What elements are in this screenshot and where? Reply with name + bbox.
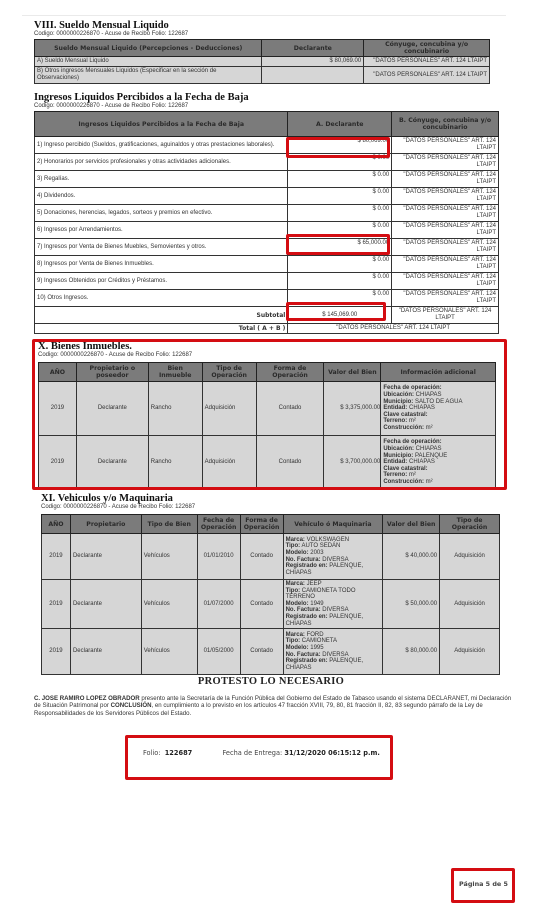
declarante-value: $ 0.00 — [288, 154, 392, 171]
tipo-bien: Vehículos — [141, 534, 197, 580]
tipo-bien: Vehículos — [141, 629, 197, 675]
fecha-operacion: 01/01/2010 — [197, 534, 240, 580]
concepto: 1) Ingreso percibido (Sueldos, gratifica… — [35, 137, 288, 154]
concepto: 6) Ingresos por Arrendamientos. — [35, 222, 288, 239]
declarante-value: $ 0.00 — [288, 205, 392, 222]
table-row: 1) Ingreso percibido (Sueldos, gratifica… — [35, 137, 499, 154]
header-col: AÑO — [39, 363, 77, 382]
folio-value: 122687 — [165, 749, 193, 757]
header-concepto: Sueldo Mensual Liquido (Percepciones - D… — [35, 40, 262, 57]
tipo-operacion: Adquisición — [440, 629, 500, 675]
total-value: "DATOS PERSONALES" ART. 124 LTAIPT — [288, 324, 499, 334]
declarante-name: C. JOSE RAMIRO LOPEZ OBRADOR — [34, 695, 140, 702]
section-title: X. Bienes Inmuebles. — [38, 341, 496, 352]
declarante-value: $ 0.00 — [288, 188, 392, 205]
vehiculo-info: Marca: JEEPTipo: CAMIONETA TODO TERRENOM… — [283, 580, 383, 629]
declaracion-tipo: CONCLUSIÓN — [111, 702, 152, 709]
valor-bien: $ 3,375,000.00 — [324, 382, 381, 436]
codigo-acuse: Codigo: 0000000226870 - Acuse de Recibo … — [38, 352, 496, 359]
anio: 2019 — [42, 629, 71, 675]
header-conyuge: B. Cónyuge, concubina y/o concubinario — [392, 112, 499, 137]
table-row: 7) Ingresos por Venta de Bienes Muebles,… — [35, 239, 499, 256]
propietario: Declarante — [70, 629, 141, 675]
header-col: Vehículo ó Maquinaria — [283, 515, 383, 534]
conyuge-value: "DATOS PERSONALES" ART. 124 LTAIPT — [392, 171, 499, 188]
section-ingresos: Ingresos Liquidos Percibidos a la Fecha … — [34, 92, 499, 334]
header-col: Propietario o poseedor — [76, 363, 148, 382]
header-col: Forma de Operación — [240, 515, 283, 534]
highlight-acuse-folio — [125, 735, 393, 780]
header-col: Fecha de Operación — [197, 515, 240, 534]
header-declarante: Declarante — [262, 40, 364, 57]
header-col: Valor del Bien — [383, 515, 440, 534]
table-row: 8) Ingresos por Venta de Bienes Inmueble… — [35, 256, 499, 273]
table-row: 9) Ingresos Obtenidos por Créditos y Pré… — [35, 273, 499, 290]
fecha-operacion: 01/07/2000 — [197, 580, 240, 629]
info-adicional: Fecha de operación:Ubicación: CHIAPASMun… — [381, 436, 496, 490]
subtotal-row: Subtotal $ 145,069.00 "DATOS PERSONALES"… — [35, 307, 499, 324]
conyuge-value: "DATOS PERSONALES" ART. 124 LTAIPT — [392, 137, 499, 154]
total-label: Total ( A + B ) — [35, 324, 288, 334]
table-row: 10) Otros Ingresos. $ 0.00 "DATOS PERSON… — [35, 290, 499, 307]
propietario: Declarante — [70, 534, 141, 580]
header-declarante: A. Declarante — [288, 112, 392, 137]
declarante-value: $ 0.00 — [288, 290, 392, 307]
declarante-value: $ 0.00 — [288, 273, 392, 290]
header-col: Forma de Operación — [256, 363, 324, 382]
concepto: 8) Ingresos por Venta de Bienes Inmueble… — [35, 256, 288, 273]
tipo-operacion: Adquisición — [202, 436, 256, 490]
conyuge-value: "DATOS PERSONALES" ART. 124 LTAIPT — [392, 222, 499, 239]
tipo-bien: Vehículos — [141, 580, 197, 629]
fecha-entrega-value: 31/12/2020 06:15:12 p.m. — [284, 749, 380, 757]
section-bienes-inmuebles: X. Bienes Inmuebles. Codigo: 00000002268… — [38, 341, 496, 490]
header-col: Valor del Bien — [324, 363, 381, 382]
table-row: B) Otros ingresos Mensuales Liquidos (Es… — [35, 67, 490, 84]
conyuge-value: "DATOS PERSONALES" ART. 124 LTAIPT — [392, 290, 499, 307]
propietario: Declarante — [76, 436, 148, 490]
table-row: 3) Regalías. $ 0.00 "DATOS PERSONALES" A… — [35, 171, 499, 188]
header-col: Propietario — [70, 515, 141, 534]
table-row: 2019 Declarante Rancho Adquisición Conta… — [39, 382, 496, 436]
vehiculos-table: AÑOPropietarioTipo de BienFecha de Opera… — [41, 514, 500, 675]
table-row: 6) Ingresos por Arrendamientos. $ 0.00 "… — [35, 222, 499, 239]
header-col: Bien Inmueble — [148, 363, 202, 382]
ingresos-table: Ingresos Liquidos Percibidos a la Fecha … — [34, 111, 499, 334]
declarante-value: $ 80,069.00 — [262, 57, 364, 67]
conyuge-value: "DATOS PERSONALES" ART. 124 LTAIPT — [364, 67, 490, 84]
anio: 2019 — [39, 436, 77, 490]
declarante-value: $ 65,000.00 — [288, 239, 392, 256]
conyuge-value: "DATOS PERSONALES" ART. 124 LTAIPT — [392, 154, 499, 171]
declaracion-paragraph: C. JOSE RAMIRO LOPEZ OBRADOR presento an… — [34, 695, 512, 717]
table-row: 2019 Declarante Vehículos 01/07/2000 Con… — [42, 580, 500, 629]
section-sueldo: VIII. Sueldo Mensual Liquido Codigo: 000… — [34, 20, 490, 84]
tipo-operacion: Adquisición — [440, 580, 500, 629]
tipo-operacion: Adquisición — [440, 534, 500, 580]
page-number: Página 5 de 5 — [459, 880, 508, 888]
concepto: 9) Ingresos Obtenidos por Créditos y Pré… — [35, 273, 288, 290]
anio: 2019 — [39, 382, 77, 436]
propietario: Declarante — [76, 382, 148, 436]
section-title: VIII. Sueldo Mensual Liquido — [34, 20, 490, 31]
conyuge-value: "DATOS PERSONALES" ART. 124 LTAIPT — [364, 57, 490, 67]
concepto: 4) Dividendos. — [35, 188, 288, 205]
concepto: 2) Honorarios por servicios profesionale… — [35, 154, 288, 171]
declarante-value: $ 0.00 — [288, 256, 392, 273]
conyuge-value: "DATOS PERSONALES" ART. 124 LTAIPT — [392, 273, 499, 290]
subtotal-label: Subtotal — [35, 307, 288, 324]
info-adicional: Fecha de operación:Ubicación: CHIAPASMun… — [381, 382, 496, 436]
subtotal-declarante: $ 145,069.00 — [288, 307, 392, 324]
header-concepto: Ingresos Liquidos Percibidos a la Fecha … — [35, 112, 288, 137]
vehiculo-info: Marca: VOLKSWAGENTipo: AUTO SEDÁNModelo:… — [283, 534, 383, 580]
anio: 2019 — [42, 534, 71, 580]
header-col: Tipo de Bien — [141, 515, 197, 534]
codigo-acuse: Codigo: 0000000226870 - Acuse de Recibo … — [41, 504, 500, 511]
declarante-value: $ 0.00 — [288, 171, 392, 188]
valor-bien: $ 3,700,000.00 — [324, 436, 381, 490]
conyuge-value: "DATOS PERSONALES" ART. 124 LTAIPT — [392, 188, 499, 205]
vehiculo-info: Marca: FORDTipo: CAMIONETAModelo: 1995No… — [283, 629, 383, 675]
section-title: XI. Vehiculos y/o Maquinaria — [41, 493, 500, 504]
table-row: 2019 Declarante Vehículos 01/01/2010 Con… — [42, 534, 500, 580]
conyuge-value: "DATOS PERSONALES" ART. 124 LTAIPT — [392, 239, 499, 256]
valor-bien: $ 50,000.00 — [383, 580, 440, 629]
forma-operacion: Contado — [240, 629, 283, 675]
table-row: 5) Donaciones, herencias, legados, sorte… — [35, 205, 499, 222]
codigo-acuse: Codigo: 0000000226870 - Acuse de Recibo … — [34, 31, 490, 38]
table-row: 4) Dividendos. $ 0.00 "DATOS PERSONALES"… — [35, 188, 499, 205]
declarante-value: $ 80,069.00 — [288, 137, 392, 154]
acuse-folio-fecha: Folio: 122687 Fecha de Entrega: 31/12/20… — [143, 749, 380, 757]
forma-operacion: Contado — [240, 580, 283, 629]
valor-bien: $ 40,000.00 — [383, 534, 440, 580]
bien-inmueble: Rancho — [148, 436, 202, 490]
concepto: 10) Otros Ingresos. — [35, 290, 288, 307]
codigo-acuse: Codigo: 0000000226870 - Acuse de Recibo … — [34, 103, 499, 110]
section-vehiculos: XI. Vehiculos y/o Maquinaria Codigo: 000… — [41, 493, 500, 675]
forma-operacion: Contado — [256, 436, 324, 490]
forma-operacion: Contado — [240, 534, 283, 580]
table-row: A) Sueldo Mensual Liquido $ 80,069.00 "D… — [35, 57, 490, 67]
anio: 2019 — [42, 580, 71, 629]
table-row: 2019 Declarante Rancho Adquisición Conta… — [39, 436, 496, 490]
concepto: 5) Donaciones, herencias, legados, sorte… — [35, 205, 288, 222]
conyuge-value: "DATOS PERSONALES" ART. 124 LTAIPT — [392, 205, 499, 222]
valor-bien: $ 80,000.00 — [383, 629, 440, 675]
tipo-operacion: Adquisición — [202, 382, 256, 436]
table-row: 2019 Declarante Vehículos 01/05/2000 Con… — [42, 629, 500, 675]
declarante-value — [262, 67, 364, 84]
table-row: 2) Honorarios por servicios profesionale… — [35, 154, 499, 171]
concepto: A) Sueldo Mensual Liquido — [35, 57, 262, 67]
conyuge-value: "DATOS PERSONALES" ART. 124 LTAIPT — [392, 256, 499, 273]
page-top-divider — [22, 15, 506, 16]
total-row: Total ( A + B ) "DATOS PERSONALES" ART. … — [35, 324, 499, 334]
concepto: 7) Ingresos por Venta de Bienes Muebles,… — [35, 239, 288, 256]
header-col: Información adicional — [381, 363, 496, 382]
concepto: 3) Regalías. — [35, 171, 288, 188]
bienes-table: AÑOPropietario o poseedorBien InmuebleTi… — [38, 362, 496, 490]
fecha-operacion: 01/05/2000 — [197, 629, 240, 675]
header-col: Tipo de Operación — [440, 515, 500, 534]
section-title: Ingresos Liquidos Percibidos a la Fecha … — [34, 92, 499, 103]
forma-operacion: Contado — [256, 382, 324, 436]
header-conyuge: Cónyuge, concubina y/o concubinario — [364, 40, 490, 57]
subtotal-conyuge: "DATOS PERSONALES" ART. 124 LTAIPT — [392, 307, 499, 324]
sueldo-table: Sueldo Mensual Liquido (Percepciones - D… — [34, 39, 490, 84]
header-col: Tipo de Operación — [202, 363, 256, 382]
propietario: Declarante — [70, 580, 141, 629]
header-col: AÑO — [42, 515, 71, 534]
protesto-heading: PROTESTO LO NECESARIO — [0, 676, 542, 687]
concepto: B) Otros ingresos Mensuales Liquidos (Es… — [35, 67, 262, 84]
declarante-value: $ 0.00 — [288, 222, 392, 239]
bien-inmueble: Rancho — [148, 382, 202, 436]
